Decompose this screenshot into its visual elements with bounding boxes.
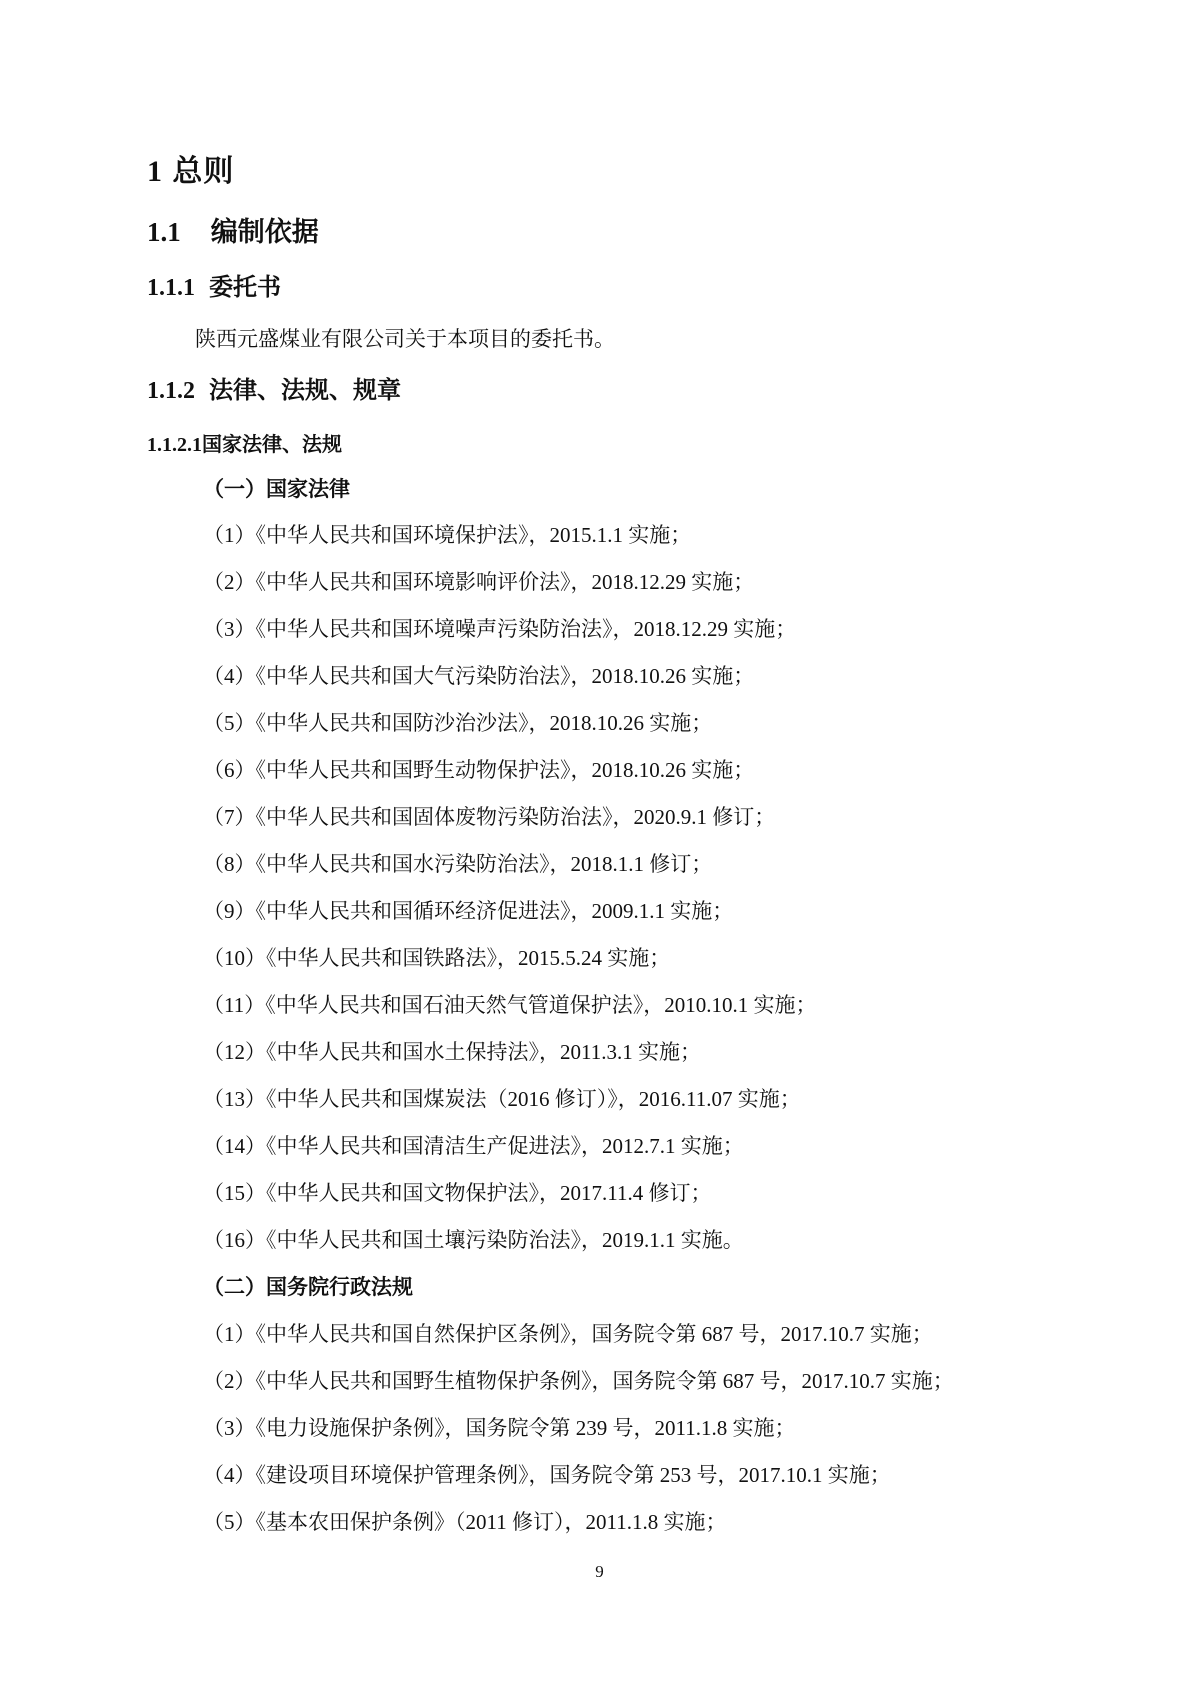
list-item: （4）《建设项目环境保护管理条例》，国务院令第 253 号，2017.10.1 … xyxy=(203,1459,891,1489)
group-heading-national-laws: （一）国家法律 xyxy=(203,473,350,503)
chapter-title: 总则 xyxy=(172,155,234,188)
chapter-number: 1 xyxy=(147,155,163,188)
list-item: （6）《中华人民共和国野生动物保护法》，2018.10.26 实施； xyxy=(203,754,754,784)
list-item: （4）《中华人民共和国大气污染防治法》，2018.10.26 实施； xyxy=(203,660,754,690)
page-number: 9 xyxy=(0,1562,1199,1582)
list-item: （2）《中华人民共和国野生植物保护条例》，国务院令第 687 号，2017.10… xyxy=(203,1365,954,1395)
list-item: （10）《中华人民共和国铁路法》，2015.5.24 实施； xyxy=(203,942,670,972)
subsection-title: 委托书 xyxy=(209,274,281,301)
list-item: （5）《中华人民共和国防沙治沙法》，2018.10.26 实施； xyxy=(203,707,712,737)
section-number: 1.1 xyxy=(147,217,181,247)
document-page: 1 总则 1.1编制依据 1.1.1委托书 陕西元盛煤业有限公司关于本项目的委托… xyxy=(0,0,1199,1696)
subsection-heading-1: 1.1.1委托书 xyxy=(147,267,281,302)
list-item: （11）《中华人民共和国石油天然气管道保护法》，2010.10.1 实施； xyxy=(203,989,816,1019)
list-item: （1）《中华人民共和国环境保护法》，2015.1.1 实施； xyxy=(203,519,691,549)
list-item: （12）《中华人民共和国水土保持法》，2011.3.1 实施； xyxy=(203,1036,701,1066)
subsection-number: 1.1.2 xyxy=(147,378,195,404)
list-item: （1）《中华人民共和国自然保护区条例》，国务院令第 687 号，2017.10.… xyxy=(203,1318,933,1348)
subsubsection-title: 国家法律、法规 xyxy=(202,434,342,456)
list-item: （15）《中华人民共和国文物保护法》，2017.11.4 修订； xyxy=(203,1177,711,1207)
section-title: 编制依据 xyxy=(211,217,319,247)
list-item: （9）《中华人民共和国循环经济促进法》，2009.1.1 实施； xyxy=(203,895,733,925)
list-item: （2）《中华人民共和国环境影响评价法》，2018.12.29 实施； xyxy=(203,566,754,596)
list-item: （13）《中华人民共和国煤炭法（2016 修订）》，2016.11.07 实施； xyxy=(203,1083,801,1113)
subsubsection-heading: 1.1.2.1国家法律、法规 xyxy=(147,428,342,457)
group-heading-state-council-regulations: （二）国务院行政法规 xyxy=(203,1271,413,1301)
chapter-heading: 1 总则 xyxy=(147,146,234,190)
list-item: （14）《中华人民共和国清洁生产促进法》，2012.7.1 实施； xyxy=(203,1130,744,1160)
list-item: （8）《中华人民共和国水污染防治法》，2018.1.1 修订； xyxy=(203,848,712,878)
subsubsection-number: 1.1.2.1 xyxy=(147,434,202,456)
list-item: （16）《中华人民共和国土壤污染防治法》，2019.1.1 实施。 xyxy=(203,1224,744,1254)
list-item: （5）《基本农田保护条例》（2011 修订），2011.1.8 实施； xyxy=(203,1506,726,1536)
list-item: （7）《中华人民共和国固体废物污染防治法》，2020.9.1 修订； xyxy=(203,801,775,831)
list-item: （3）《电力设施保护条例》，国务院令第 239 号，2011.1.8 实施； xyxy=(203,1412,795,1442)
subsection-title: 法律、法规、规章 xyxy=(209,377,401,404)
subsection-number: 1.1.1 xyxy=(147,275,195,301)
subsection-heading-2: 1.1.2法律、法规、规章 xyxy=(147,370,401,405)
section-heading: 1.1编制依据 xyxy=(147,210,319,249)
list-item: （3）《中华人民共和国环境噪声污染防治法》，2018.12.29 实施； xyxy=(203,613,796,643)
commission-paragraph: 陕西元盛煤业有限公司关于本项目的委托书。 xyxy=(195,323,615,353)
